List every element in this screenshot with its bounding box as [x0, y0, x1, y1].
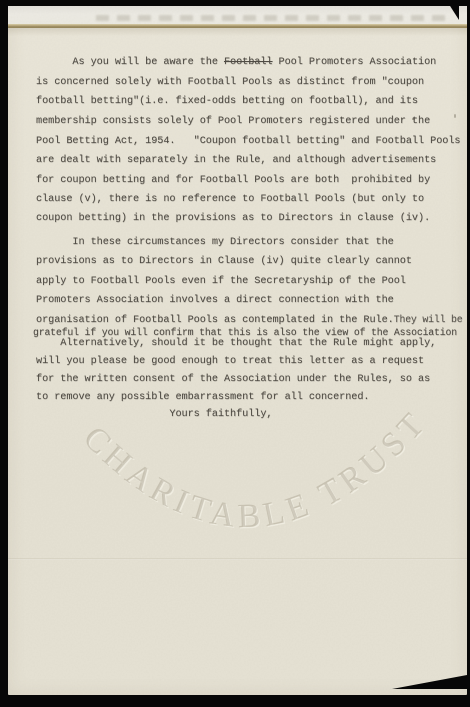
letter-line-16: Alternatively, should it be thought that… — [36, 338, 436, 350]
line14-main: organisation of Football Pools as contem… — [36, 315, 394, 326]
letter-line-14: organisation of Football Pools as contem… — [36, 314, 463, 327]
letter-line-2: is concerned solely with Football Pools … — [36, 77, 424, 89]
letter-line-17: will you please be good enough to treat … — [36, 356, 424, 368]
letter-line-7: for coupon betting and for Football Pool… — [36, 175, 430, 187]
letter-line-3: football betting"(i.e. fixed-odds bettin… — [36, 96, 418, 108]
letter-paper: CHARITABLE TRUST CHARITABLE TRUST As you… — [8, 6, 467, 695]
line1-post: Pool Promoters Association — [272, 57, 436, 68]
letter-line-20: Yours faithfully, — [36, 409, 272, 421]
letter-line-8: clause (v), there is no reference to Foo… — [36, 194, 424, 206]
letter-line-6: are dealt with separately in the Rule, a… — [36, 155, 436, 167]
line1-pre: As you will be aware the — [36, 57, 224, 68]
letter-line-18: for the written consent of the Associati… — [36, 374, 430, 386]
letter-line-4: membership consists solely of Pool Promo… — [36, 116, 430, 128]
struck-word: Football — [224, 57, 273, 68]
letter-body: As you will be aware the Football Pool P… — [8, 6, 467, 695]
scan-black-frame: CHARITABLE TRUST CHARITABLE TRUST As you… — [0, 0, 470, 707]
letter-line-1: As you will be aware the Football Pool P… — [36, 57, 436, 69]
letter-line-12: apply to Football Pools even if the Secr… — [36, 276, 406, 288]
letter-line-13: Promoters Association involves a direct … — [36, 295, 394, 307]
letter-line-5: Pool Betting Act, 1954. "Coupon football… — [36, 136, 460, 148]
line14-insertion: They will be — [394, 314, 463, 325]
letter-line-10: In these circumstances my Directors cons… — [36, 237, 394, 249]
letter-line-11: provisions as to Directors in Clause (iv… — [36, 256, 412, 268]
letter-line-19: to remove any possible embarrassment for… — [36, 392, 370, 404]
letter-line-9: coupon betting) in the provisions as to … — [36, 213, 430, 225]
